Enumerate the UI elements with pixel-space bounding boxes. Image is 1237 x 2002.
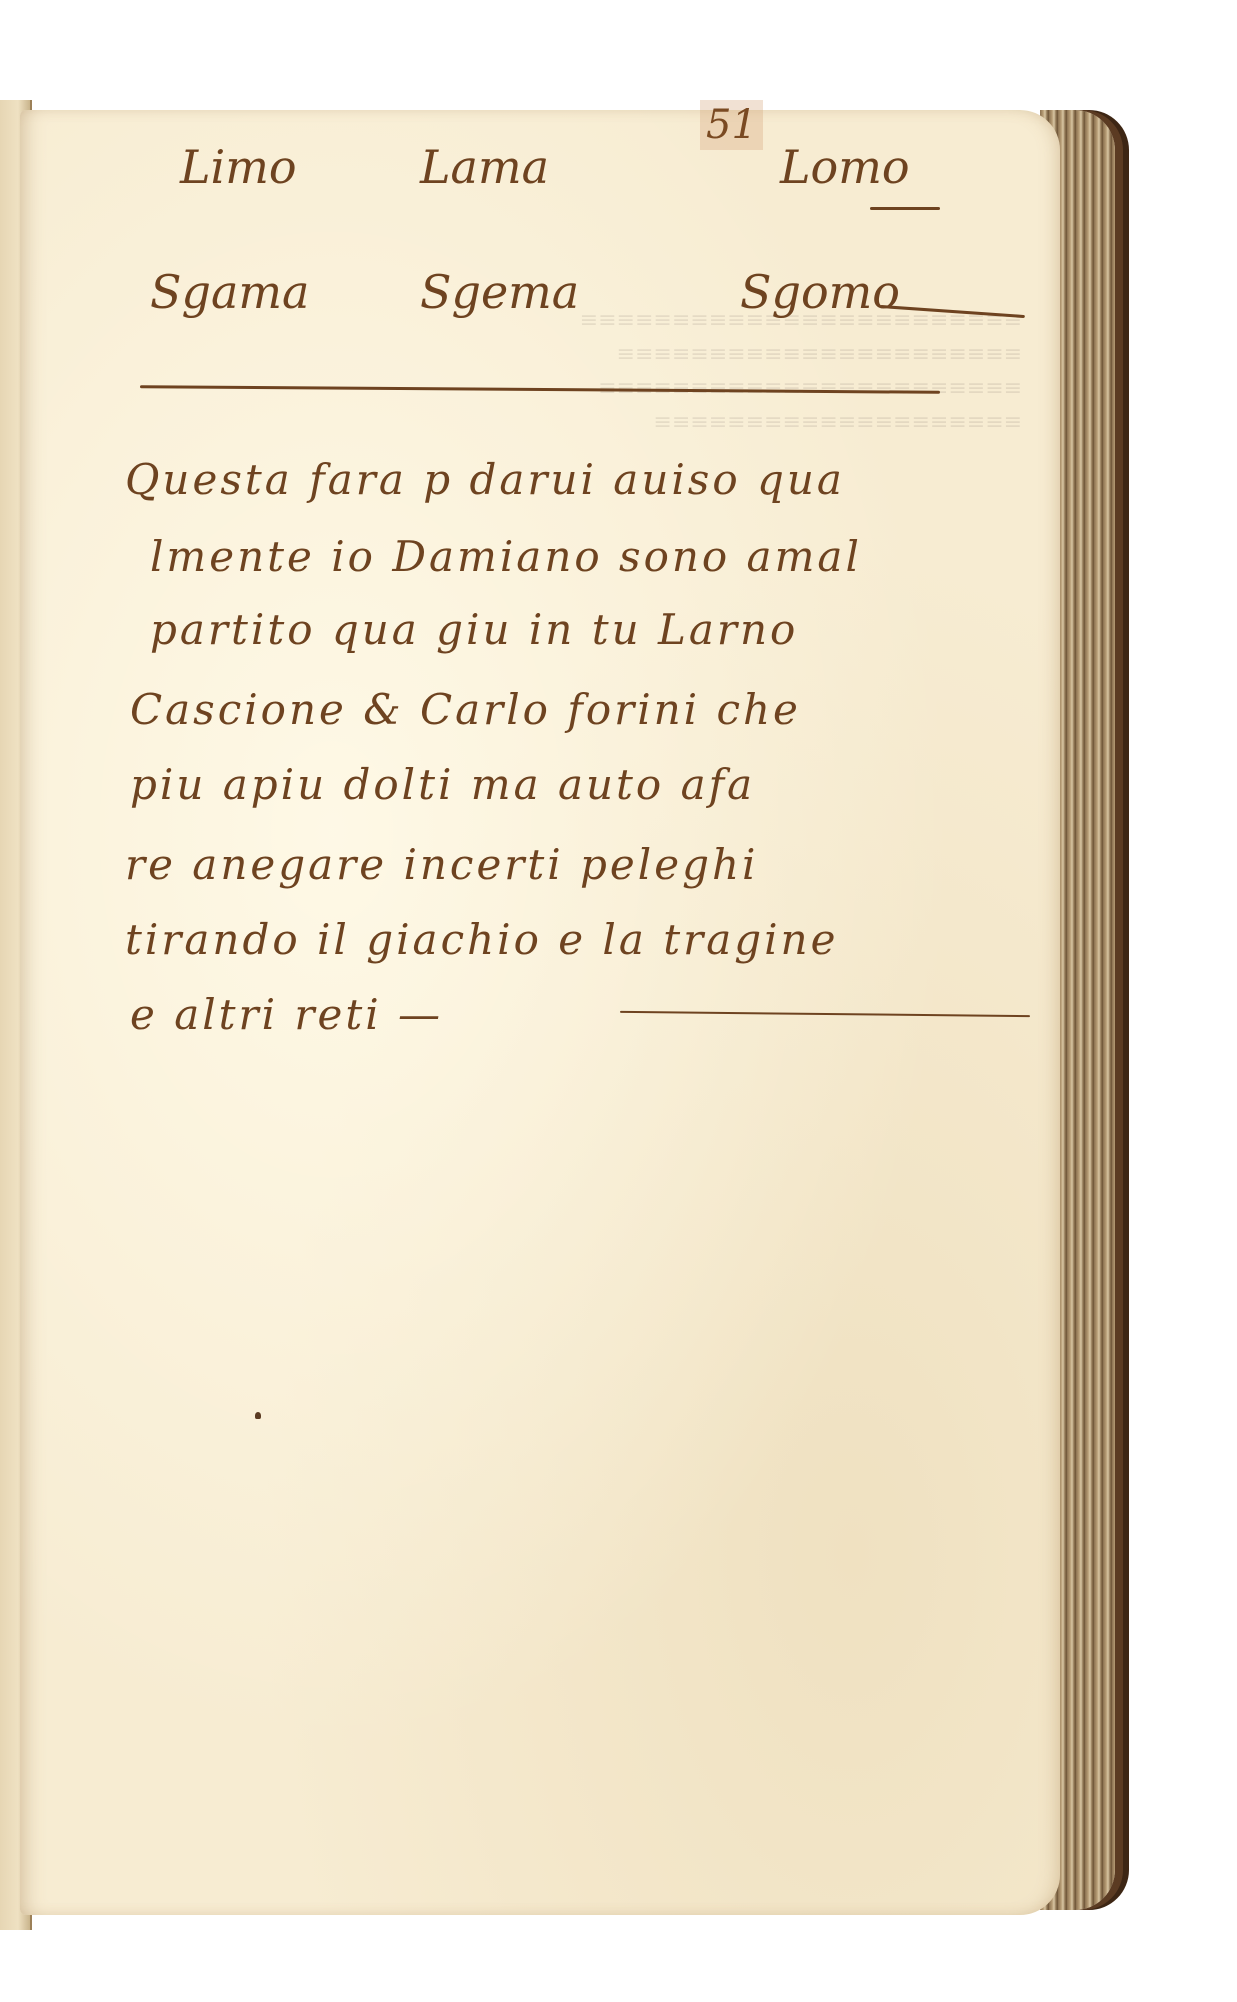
header-word: Sgomo xyxy=(740,265,900,319)
manuscript-line: e altri reti — xyxy=(130,990,443,1039)
header-word: Sgama xyxy=(150,265,309,319)
manuscript-line: Cascione & Carlo forini che xyxy=(130,685,801,734)
manuscript-line: re anegare incerti peleghi xyxy=(125,840,758,889)
folio-number: 51 xyxy=(700,100,763,150)
manuscript-line: Questa fara p darui auiso qua xyxy=(125,455,845,504)
header-word: Sgema xyxy=(420,265,579,319)
manuscript-line: partito qua giu in tu Larno xyxy=(150,605,798,654)
header-word: Lomo xyxy=(780,140,910,194)
manuscript-line: lmente io Damiano sono amal xyxy=(150,532,862,581)
manuscript-line: tirando il giachio e la tragine xyxy=(125,915,838,964)
ink-speck xyxy=(255,1412,261,1419)
header-word: Lama xyxy=(420,140,549,194)
header-rule xyxy=(870,207,940,210)
header-word: Limo xyxy=(180,140,297,194)
manuscript-line: piu apiu dolti ma auto afa xyxy=(130,760,755,809)
